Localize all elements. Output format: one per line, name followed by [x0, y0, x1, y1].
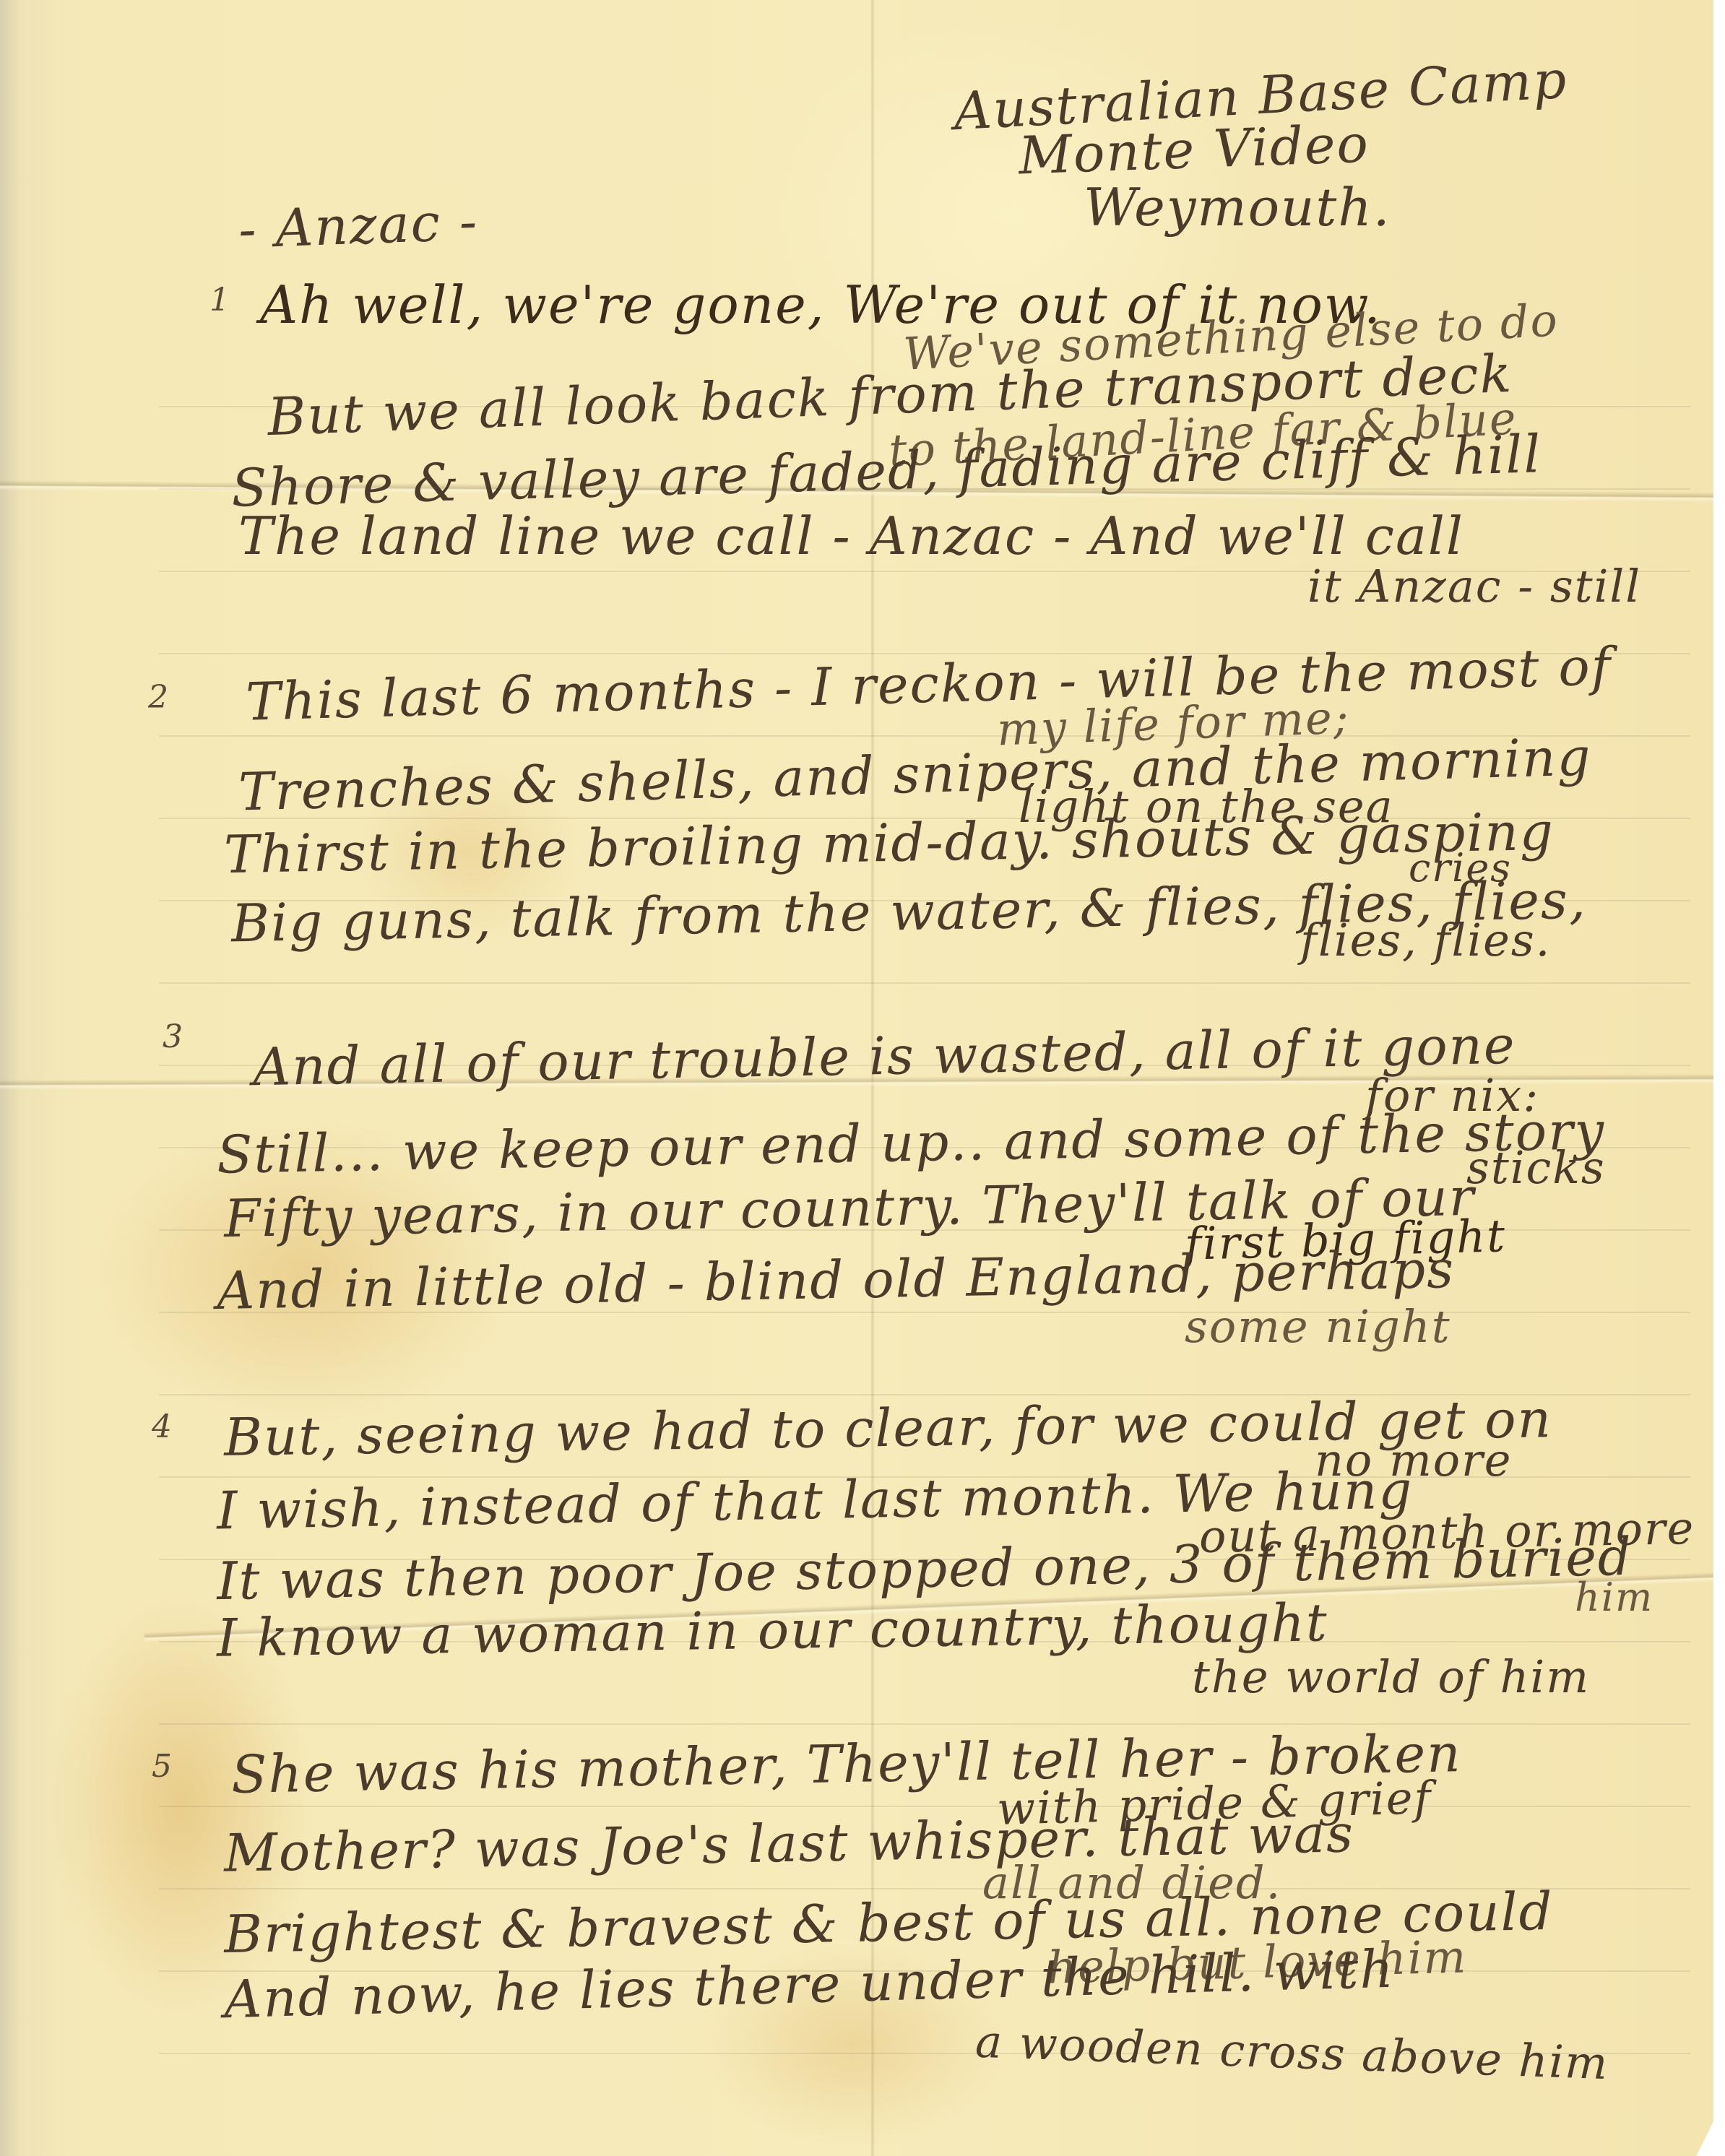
address-line-2: Monte Video — [1018, 113, 1370, 186]
stanza-number: 3 — [163, 1018, 184, 1055]
poem-title: - Anzac - — [238, 191, 480, 260]
stanza-line: flies, flies. — [1300, 914, 1551, 966]
stanza-line: some night — [1185, 1300, 1451, 1353]
stanza-number: 4 — [152, 1408, 173, 1445]
stanza-number: 1 — [209, 282, 231, 319]
address-line-3: Weymouth. — [1084, 177, 1391, 238]
stanza-line: the world of him — [1192, 1650, 1590, 1703]
stanza-line: sticks — [1466, 1141, 1606, 1194]
stanza-line: it Anzac - still — [1307, 560, 1641, 612]
stanza-number: 5 — [152, 1748, 173, 1785]
letter-paper: Australian Base Camp Monte Video Weymout… — [0, 0, 1713, 2156]
stanza-line: him — [1575, 1575, 1653, 1620]
stanza-line: The land line we call - Anzac - And we'l… — [238, 506, 1464, 566]
stanza-number: 2 — [148, 679, 170, 716]
